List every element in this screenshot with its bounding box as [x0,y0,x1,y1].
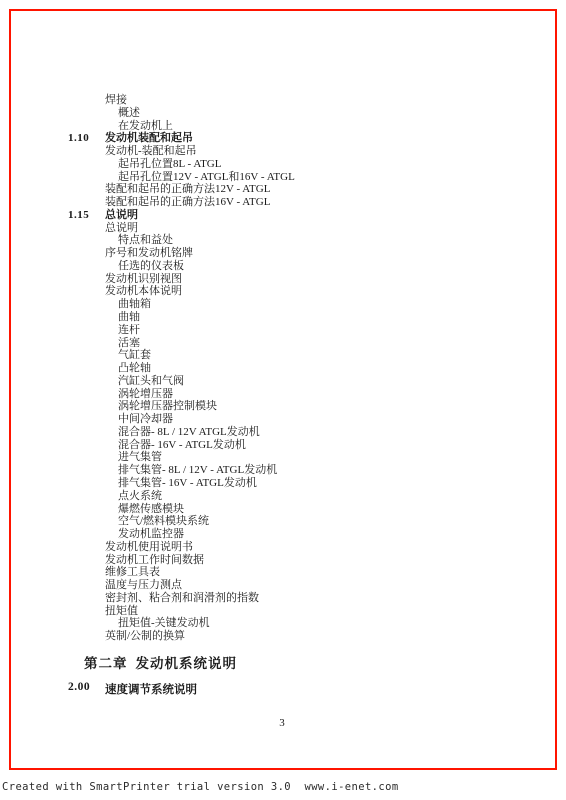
toc-entry-number [68,375,105,388]
toc-entry: 起吊孔位置12V - ATGL和16V - ATGL [68,171,295,184]
toc-list: 焊接概述在发动机上1.10发动机装配和起吊发动机-装配和起吊起吊孔位置8L - … [68,94,295,643]
toc-entry-number: 1.15 [68,209,105,222]
toc-entry: 序号和发动机铭牌 [68,247,295,260]
toc-entry: 发动机监控器 [68,528,295,541]
toc-entry-number [68,158,105,171]
toc-entry: 空气/燃料模块系统 [68,515,295,528]
toc-entry: 发动机工作时间数据 [68,554,295,567]
toc-entry-number [68,362,105,375]
toc-entry: 装配和起吊的正确方法16V - ATGL [68,196,295,209]
toc-entry-label: 涡轮增压器 [105,388,173,401]
toc-entry-label: 活塞 [105,337,140,350]
toc-entry: 1.15总说明 [68,209,295,222]
toc-entry: 扭矩值-关键发动机 [68,617,295,630]
toc-entry-number [68,605,105,618]
toc-entry-label: 混合器- 16V - ATGL发动机 [105,439,246,452]
toc-entry: 排气集管- 16V - ATGL发动机 [68,477,295,490]
toc-entry-label: 中间冷却器 [105,413,173,426]
toc-entry-number [68,196,105,209]
toc-entry-number: 1.10 [68,132,105,145]
toc-entry: 概述 [68,107,295,120]
toc-entry-number [68,388,105,401]
toc-entry: 凸轮轴 [68,362,295,375]
toc-entry-number [68,579,105,592]
toc-entry-label: 焊接 [105,94,127,107]
toc-entry-label: 空气/燃料模块系统 [105,515,209,528]
toc-entry: 特点和益处 [68,234,295,247]
toc-entry-label: 排气集管- 8L / 12V - ATGL发动机 [105,464,277,477]
toc-entry-label: 密封剂、粘合剂和润滑剂的指数 [105,592,259,605]
toc-entry-number [68,477,105,490]
toc-entry-number [68,260,105,273]
toc-entry-number [68,566,105,579]
toc-entry: 进气集管 [68,451,295,464]
chapter-title: 发动机系统说明 [136,656,238,671]
toc-entry-number [68,285,105,298]
chapter-number: 第二章 [84,656,128,671]
toc-entry-label: 曲轴箱 [105,298,151,311]
page-number: 3 [272,717,292,729]
toc-entry-number [68,451,105,464]
toc-entry: 总说明 [68,222,295,235]
toc-entry-number [68,120,105,133]
toc-entry-label: 特点和益处 [105,234,173,247]
toc-entry-label: 英制/公制的换算 [105,630,185,643]
toc-entry: 发动机使用说明书 [68,541,295,554]
toc-entry-number [68,400,105,413]
toc-entry: 装配和起吊的正确方法12V - ATGL [68,183,295,196]
toc-entry-label: 装配和起吊的正确方法12V - ATGL [105,183,270,196]
toc-entry-label: 凸轮轴 [105,362,151,375]
toc-entry: 爆燃传感模块 [68,503,295,516]
toc-entry-label: 发动机-装配和起吊 [105,145,197,158]
toc-entry-label: 进气集管 [105,451,162,464]
toc-entry: 维修工具表 [68,566,295,579]
toc-entry-number [68,439,105,452]
toc-entry-number [68,273,105,286]
toc-entry-number [68,349,105,362]
toc-entry: 密封剂、粘合剂和润滑剂的指数 [68,592,295,605]
toc-entry-label: 发动机本体说明 [105,285,182,298]
toc-entry-label: 涡轮增压器控制模块 [105,400,217,413]
toc-entry-number [68,413,105,426]
toc-entry-number [68,247,105,260]
toc-entry-number [68,617,105,630]
toc-entry-label: 发动机工作时间数据 [105,554,204,567]
toc-entry-label: 任选的仪表板 [105,260,184,273]
toc-entry-number [68,541,105,554]
toc-entry: 曲轴箱 [68,298,295,311]
toc-entry-number [68,234,105,247]
toc-entry-number [68,554,105,567]
toc-entry-number [68,107,105,120]
toc-entry: 排气集管- 8L / 12V - ATGL发动机 [68,464,295,477]
toc-entry-label: 点火系统 [105,490,162,503]
toc-entry: 涡轮增压器控制模块 [68,400,295,413]
toc-entry-label: 混合器- 8L / 12V ATGL发动机 [105,426,260,439]
toc-entry-label: 序号和发动机铭牌 [105,247,193,260]
toc-entry-label: 扭矩值 [105,605,138,618]
toc-entry-number [68,94,105,107]
toc-entry-label: 发动机装配和起吊 [105,132,193,145]
toc-entry: 起吊孔位置8L - ATGL [68,158,295,171]
toc-entry-label: 总说明 [105,222,138,235]
toc-entry-label: 维修工具表 [105,566,160,579]
toc-entry-number [68,490,105,503]
toc-entry-number [68,222,105,235]
toc-entry-label: 连杆 [105,324,140,337]
toc-entry: 汽缸头和气阀 [68,375,295,388]
toc-entry-label: 汽缸头和气阀 [105,375,184,388]
toc-entry-number [68,528,105,541]
toc-entry: 1.10发动机装配和起吊 [68,132,295,145]
toc-entry-number [68,503,105,516]
toc-entry: 连杆 [68,324,295,337]
toc-entry-label: 概述 [105,107,140,120]
toc-entry: 英制/公制的换算 [68,630,295,643]
toc-entry-number [68,311,105,324]
toc-entry-label: 发动机识别视图 [105,273,182,286]
toc-entry-label: 温度与压力测点 [105,579,182,592]
toc-entry: 曲轴 [68,311,295,324]
toc-entry-label: 曲轴 [105,311,140,324]
toc-entry-label: 总说明 [105,209,138,222]
toc-entry: 在发动机上 [68,120,295,133]
toc-entry: 涡轮增压器 [68,388,295,401]
toc-entry-number [68,464,105,477]
toc-entry: 发动机本体说明 [68,285,295,298]
toc-entry: 气缸套 [68,349,295,362]
section-heading: 2.00 速度调节系统说明 [68,681,197,697]
toc-entry-number [68,515,105,528]
toc-entry-number [68,298,105,311]
toc-entry-label: 发动机监控器 [105,528,184,541]
toc-entry-label: 爆燃传感模块 [105,503,184,516]
chapter-heading: 第二章发动机系统说明 [84,652,237,672]
toc-entry: 混合器- 8L / 12V ATGL发动机 [68,426,295,439]
toc-entry-number [68,426,105,439]
toc-entry: 发动机识别视图 [68,273,295,286]
toc-entry-label: 装配和起吊的正确方法16V - ATGL [105,196,270,209]
toc-entry-number [68,592,105,605]
section-title: 速度调节系统说明 [105,681,197,697]
toc-entry-label: 排气集管- 16V - ATGL发动机 [105,477,257,490]
toc-entry: 混合器- 16V - ATGL发动机 [68,439,295,452]
toc-entry-number [68,337,105,350]
toc-entry-label: 起吊孔位置8L - ATGL [105,158,221,171]
toc-entry: 温度与压力测点 [68,579,295,592]
toc-entry: 活塞 [68,337,295,350]
toc-entry-label: 发动机使用说明书 [105,541,193,554]
toc-entry-label: 扭矩值-关键发动机 [105,617,210,630]
toc-entry: 任选的仪表板 [68,260,295,273]
toc-entry: 中间冷却器 [68,413,295,426]
toc-entry-label: 起吊孔位置12V - ATGL和16V - ATGL [105,171,295,184]
toc-entry: 发动机-装配和起吊 [68,145,295,158]
document-page: { "page": { "number": "3", "border_color… [0,0,566,800]
watermark-footer: Created with SmartPrinter trial version … [2,781,399,793]
toc-entry: 扭矩值 [68,605,295,618]
toc-entry-number [68,145,105,158]
toc-entry-label: 在发动机上 [105,120,173,133]
toc-entry-number [68,171,105,184]
toc-entry-number [68,630,105,643]
toc-entry: 焊接 [68,94,295,107]
toc-entry-number [68,324,105,337]
section-number: 2.00 [68,681,105,697]
toc-entry: 点火系统 [68,490,295,503]
toc-entry-number [68,183,105,196]
toc-entry-label: 气缸套 [105,349,151,362]
